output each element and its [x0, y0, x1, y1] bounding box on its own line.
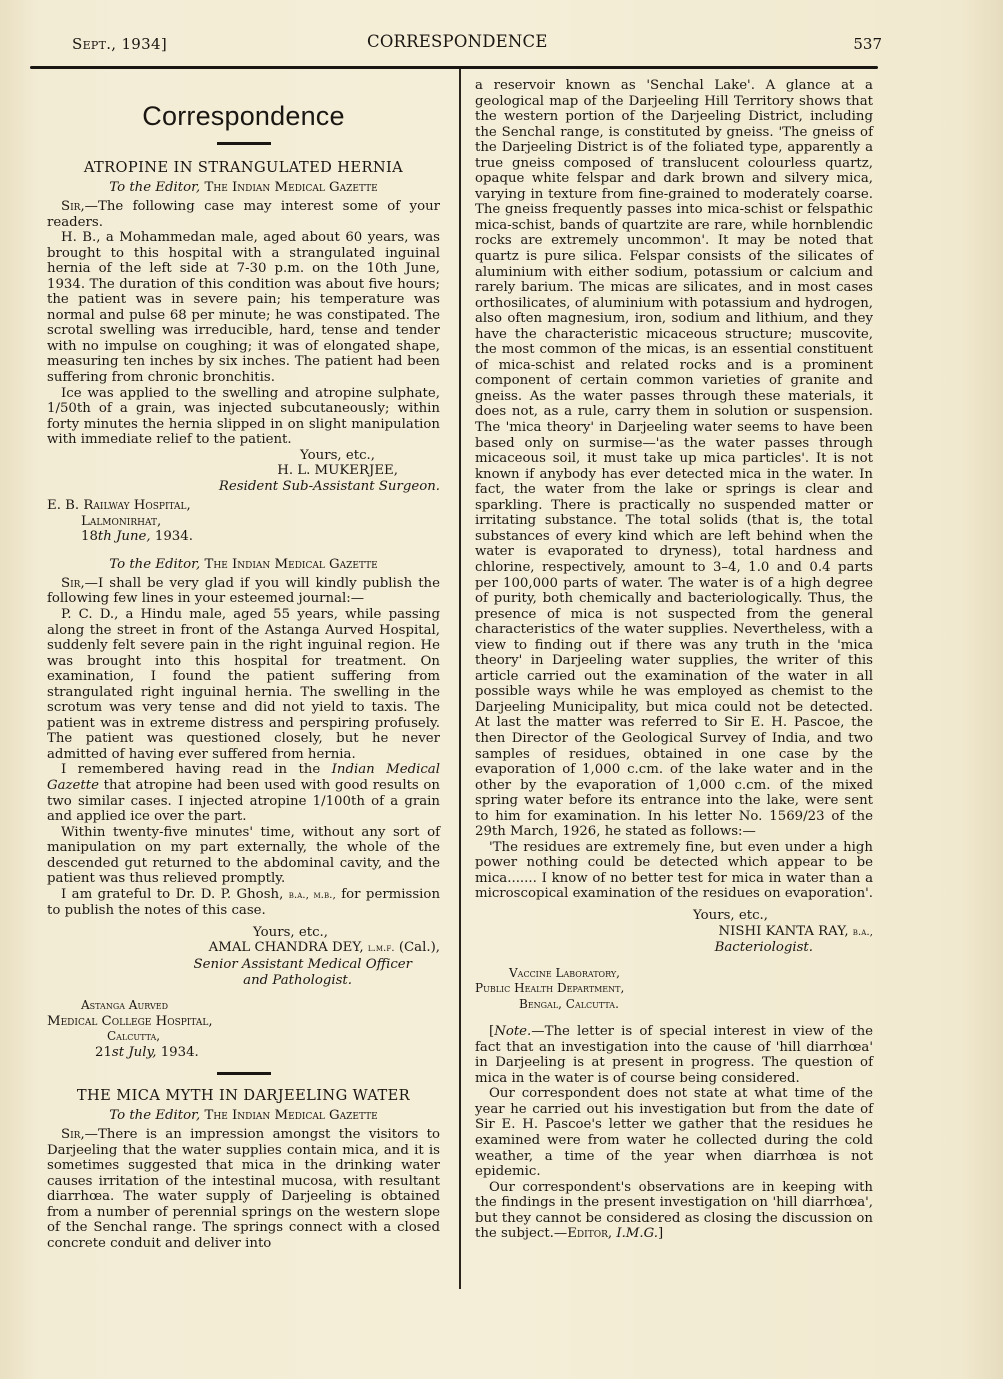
letter-3-signature: Yours, etc., NISHI KANTA RAY, b.a., Bact…	[475, 908, 873, 956]
journal-name: The Indian Medical Gazette	[205, 180, 378, 195]
editor-signoff: Editor,	[567, 1226, 612, 1241]
letter-2-address: Astanga Aurved Medical College Hospital,…	[47, 998, 440, 1060]
letter-3-title: THE MICA MYTH IN DARJEELING WATER	[47, 1087, 440, 1105]
letter-2-signature: Yours, etc., AMAL CHANDRA DEY, l.m.f. (C…	[47, 925, 440, 988]
right-column: a reservoir known as 'Senchal Lake'. A g…	[475, 78, 873, 1242]
letter-3-para-1-continued: a reservoir known as 'Senchal Lake'. A g…	[475, 78, 873, 840]
header-rule	[30, 66, 878, 69]
letter-3-para-1-start: Sir,—There is an impression amongst the …	[47, 1127, 440, 1251]
title-rule	[217, 142, 271, 145]
to-the-editor: To the Editor,	[109, 180, 200, 195]
letter-1-date: 18th June, 1934.	[47, 529, 440, 545]
letter-1-title: ATROPINE IN STRANGULATED HERNIA	[47, 159, 440, 177]
section-header: CORRESPONDENCE	[367, 32, 548, 51]
running-head: Sept., 1934] CORRESPONDENCE 537	[72, 32, 882, 58]
column-divider	[459, 69, 461, 1289]
letter-2-para-2: P. C. D., a Hindu male, aged 55 years, w…	[47, 607, 440, 762]
section-title: Correspondence	[47, 100, 440, 132]
letter-3-addressee: To the Editor, The Indian Medical Gazett…	[47, 1108, 440, 1124]
section-rule	[217, 1072, 271, 1075]
letter-1-para-2: H. B., a Mohammedan male, aged about 60 …	[47, 230, 440, 385]
letter-2-addressee: To the Editor, The Indian Medical Gazett…	[47, 557, 440, 573]
journal-page: Sept., 1934] CORRESPONDENCE 537 Correspo…	[0, 0, 1003, 1379]
letter-1-para-1: Sir,—The following case may interest som…	[47, 199, 440, 230]
left-column: Correspondence ATROPINE IN STRANGULATED …	[47, 100, 440, 1251]
editor-note-para-3: Our correspondent's observations are in …	[475, 1180, 873, 1242]
letter-1-signature: Yours, etc., H. L. MUKERJEE, Resident Su…	[47, 448, 440, 495]
letter-1-addressee: To the Editor, The Indian Medical Gazett…	[47, 180, 440, 196]
letter-2-date: 21st July, 1934.	[47, 1045, 440, 1061]
letter-2-para-3: I remembered having read in the Indian M…	[47, 762, 440, 824]
letter-3-address: Vaccine Laboratory, Public Health Depart…	[475, 966, 873, 1013]
letter-2-para-5: I am grateful to Dr. D. P. Ghosh, b.a., …	[47, 887, 440, 919]
editor-note-para-2: Our correspondent does not state at what…	[475, 1086, 873, 1179]
letter-2-para-1: Sir,—I shall be very glad if you will ki…	[47, 576, 440, 607]
letter-3-quote: 'The residues are extremely fine, but ev…	[475, 840, 873, 902]
letter-1-address: E. B. Railway Hospital, Lalmonirhat, 18t…	[47, 498, 440, 545]
page-number: 537	[853, 35, 882, 53]
letter-2-para-4: Within twenty-five minutes' time, withou…	[47, 825, 440, 887]
editor-note-para-1: [Note.—The letter is of special interest…	[475, 1024, 873, 1086]
issue-date: Sept., 1934]	[72, 35, 167, 53]
letter-1-para-3: Ice was applied to the swelling and atro…	[47, 386, 440, 448]
